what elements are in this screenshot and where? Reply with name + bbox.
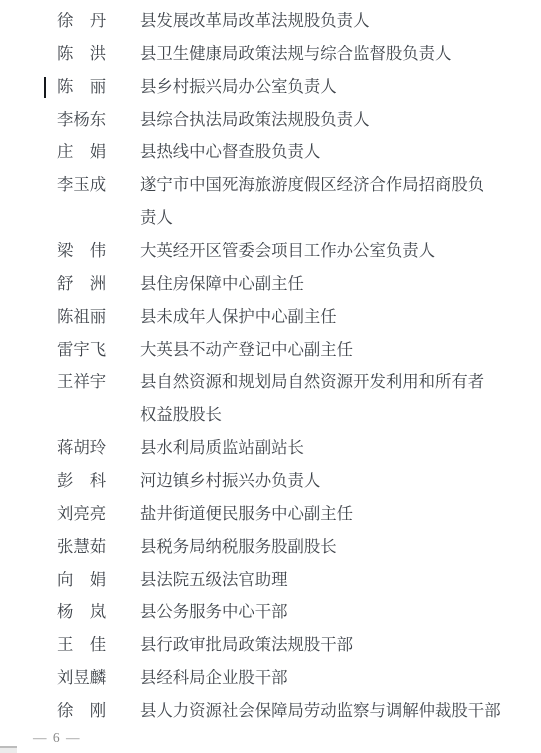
- person-title: 县行政审批局政策法规股干部: [140, 629, 522, 662]
- person-title: 县税务局纳税服务股副股长: [140, 531, 522, 564]
- person-name[interactable]: 陈 洪: [57, 38, 109, 71]
- person-title-line[interactable]: 盐井街道便民服务中心副主任: [140, 498, 522, 531]
- person-title: 县未成年人保护中心副主任: [140, 301, 522, 334]
- person-name[interactable]: 徐 刚: [57, 695, 109, 728]
- person-name[interactable]: 陈 丽: [57, 71, 109, 104]
- person-name[interactable]: 王祥宇: [57, 366, 109, 399]
- person-name[interactable]: 李玉成: [57, 169, 109, 202]
- person-title-line[interactable]: 县住房保障中心副主任: [140, 268, 522, 301]
- person-name[interactable]: 刘亮亮: [57, 498, 109, 531]
- person-title-line[interactable]: 权益股股长: [140, 399, 522, 432]
- person-title-line[interactable]: 大英县不动产登记中心副主任: [140, 334, 522, 367]
- person-title-line[interactable]: 县法院五级法官助理: [140, 564, 522, 597]
- roster-row: 庄 娟县热线中心督查股负责人: [0, 136, 541, 169]
- person-title-line[interactable]: 县乡村振兴局办公室负责人: [140, 71, 522, 104]
- person-title-line[interactable]: 县人力资源社会保障局劳动监察与调解仲裁股干部: [140, 695, 522, 728]
- person-name[interactable]: 王 佳: [57, 629, 109, 662]
- person-title: 大英经开区管委会项目工作办公室负责人: [140, 235, 522, 268]
- person-title: 县住房保障中心副主任: [140, 268, 522, 301]
- person-title-line[interactable]: 县综合执法局政策法规股负责人: [140, 104, 522, 137]
- person-title-line[interactable]: 县行政审批局政策法规股干部: [140, 629, 522, 662]
- person-name[interactable]: 陈祖丽: [57, 301, 109, 334]
- roster-row: 梁 伟大英经开区管委会项目工作办公室负责人: [0, 235, 541, 268]
- roster-row: 陈祖丽县未成年人保护中心副主任: [0, 301, 541, 334]
- person-title: 河边镇乡村振兴办负责人: [140, 465, 522, 498]
- roster-row: 李玉成遂宁市中国死海旅游度假区经济合作局招商股负责人: [0, 169, 541, 235]
- person-title: 遂宁市中国死海旅游度假区经济合作局招商股负责人: [140, 169, 522, 235]
- person-title: 县热线中心督查股负责人: [140, 136, 522, 169]
- person-name[interactable]: 李杨东: [57, 104, 109, 137]
- person-title: 盐井街道便民服务中心副主任: [140, 498, 522, 531]
- person-title: 县经科局企业股干部: [140, 662, 522, 695]
- roster-row: 蒋胡玲县水利局质监站副站长: [0, 432, 541, 465]
- person-title-line[interactable]: 县发展改革局改革法规股负责人: [140, 5, 522, 38]
- roster-row: 向 娟县法院五级法官助理: [0, 564, 541, 597]
- person-title: 县水利局质监站副站长: [140, 432, 522, 465]
- page-number: — 6 —: [33, 730, 81, 746]
- roster-row: 李杨东县综合执法局政策法规股负责人: [0, 104, 541, 137]
- roster-row: 舒 洲县住房保障中心副主任: [0, 268, 541, 301]
- roster-row: 张慧茹县税务局纳税服务股副股长: [0, 531, 541, 564]
- roster-row: 王祥宇县自然资源和规划局自然资源开发利用和所有者权益股股长: [0, 366, 541, 432]
- roster-row: 徐 刚县人力资源社会保障局劳动监察与调解仲裁股干部: [0, 695, 541, 728]
- person-title: 县发展改革局改革法规股负责人: [140, 5, 522, 38]
- person-name[interactable]: 彭 科: [57, 465, 109, 498]
- roster-row: 陈 丽县乡村振兴局办公室负责人: [0, 71, 541, 104]
- text-cursor: [44, 77, 46, 98]
- person-name[interactable]: 梁 伟: [57, 235, 109, 268]
- person-title-line[interactable]: 县热线中心督查股负责人: [140, 136, 522, 169]
- person-title-line[interactable]: 县公务服务中心干部: [140, 596, 522, 629]
- person-title-line[interactable]: 县卫生健康局政策法规与综合监督股负责人: [140, 38, 522, 71]
- person-title: 县卫生健康局政策法规与综合监督股负责人: [140, 38, 522, 71]
- person-title-line[interactable]: 县经科局企业股干部: [140, 662, 522, 695]
- person-title-line[interactable]: 遂宁市中国死海旅游度假区经济合作局招商股负: [140, 169, 522, 202]
- person-title-line[interactable]: 县未成年人保护中心副主任: [140, 301, 522, 334]
- roster-row: 刘亮亮盐井街道便民服务中心副主任: [0, 498, 541, 531]
- person-title: 县综合执法局政策法规股负责人: [140, 104, 522, 137]
- person-name[interactable]: 张慧茹: [57, 531, 109, 564]
- person-title: 县法院五级法官助理: [140, 564, 522, 597]
- person-title-line[interactable]: 大英经开区管委会项目工作办公室负责人: [140, 235, 522, 268]
- person-name[interactable]: 向 娟: [57, 564, 109, 597]
- person-name[interactable]: 蒋胡玲: [57, 432, 109, 465]
- roster-row: 陈 洪县卫生健康局政策法规与综合监督股负责人: [0, 38, 541, 71]
- roster-row: 杨 岚县公务服务中心干部: [0, 596, 541, 629]
- person-name[interactable]: 刘昱麟: [57, 662, 109, 695]
- person-title-line[interactable]: 县自然资源和规划局自然资源开发利用和所有者: [140, 366, 522, 399]
- person-title: 县公务服务中心干部: [140, 596, 522, 629]
- roster-row: 王 佳县行政审批局政策法规股干部: [0, 629, 541, 662]
- roster-row: 雷宇飞大英县不动产登记中心副主任: [0, 334, 541, 367]
- person-title: 县人力资源社会保障局劳动监察与调解仲裁股干部: [140, 695, 522, 728]
- person-title-line[interactable]: 县水利局质监站副站长: [140, 432, 522, 465]
- person-title: 县乡村振兴局办公室负责人: [140, 71, 522, 104]
- person-name[interactable]: 舒 洲: [57, 268, 109, 301]
- roster-row: 徐 丹县发展改革局改革法规股负责人: [0, 5, 541, 38]
- person-title: 县自然资源和规划局自然资源开发利用和所有者权益股股长: [140, 366, 522, 432]
- person-title-line[interactable]: 县税务局纳税服务股副股长: [140, 531, 522, 564]
- roster-row: 刘昱麟县经科局企业股干部: [0, 662, 541, 695]
- person-title-line[interactable]: 责人: [140, 202, 522, 235]
- person-title: 大英县不动产登记中心副主任: [140, 334, 522, 367]
- roster-row: 彭 科河边镇乡村振兴办负责人: [0, 465, 541, 498]
- person-title-line[interactable]: 河边镇乡村振兴办负责人: [140, 465, 522, 498]
- person-name[interactable]: 庄 娟: [57, 136, 109, 169]
- person-name[interactable]: 杨 岚: [57, 596, 109, 629]
- person-name[interactable]: 雷宇飞: [57, 334, 109, 367]
- document-page: 徐 丹县发展改革局改革法规股负责人陈 洪县卫生健康局政策法规与综合监督股负责人陈…: [0, 5, 541, 728]
- corner-ui-artifact: [0, 746, 17, 753]
- person-name[interactable]: 徐 丹: [57, 5, 109, 38]
